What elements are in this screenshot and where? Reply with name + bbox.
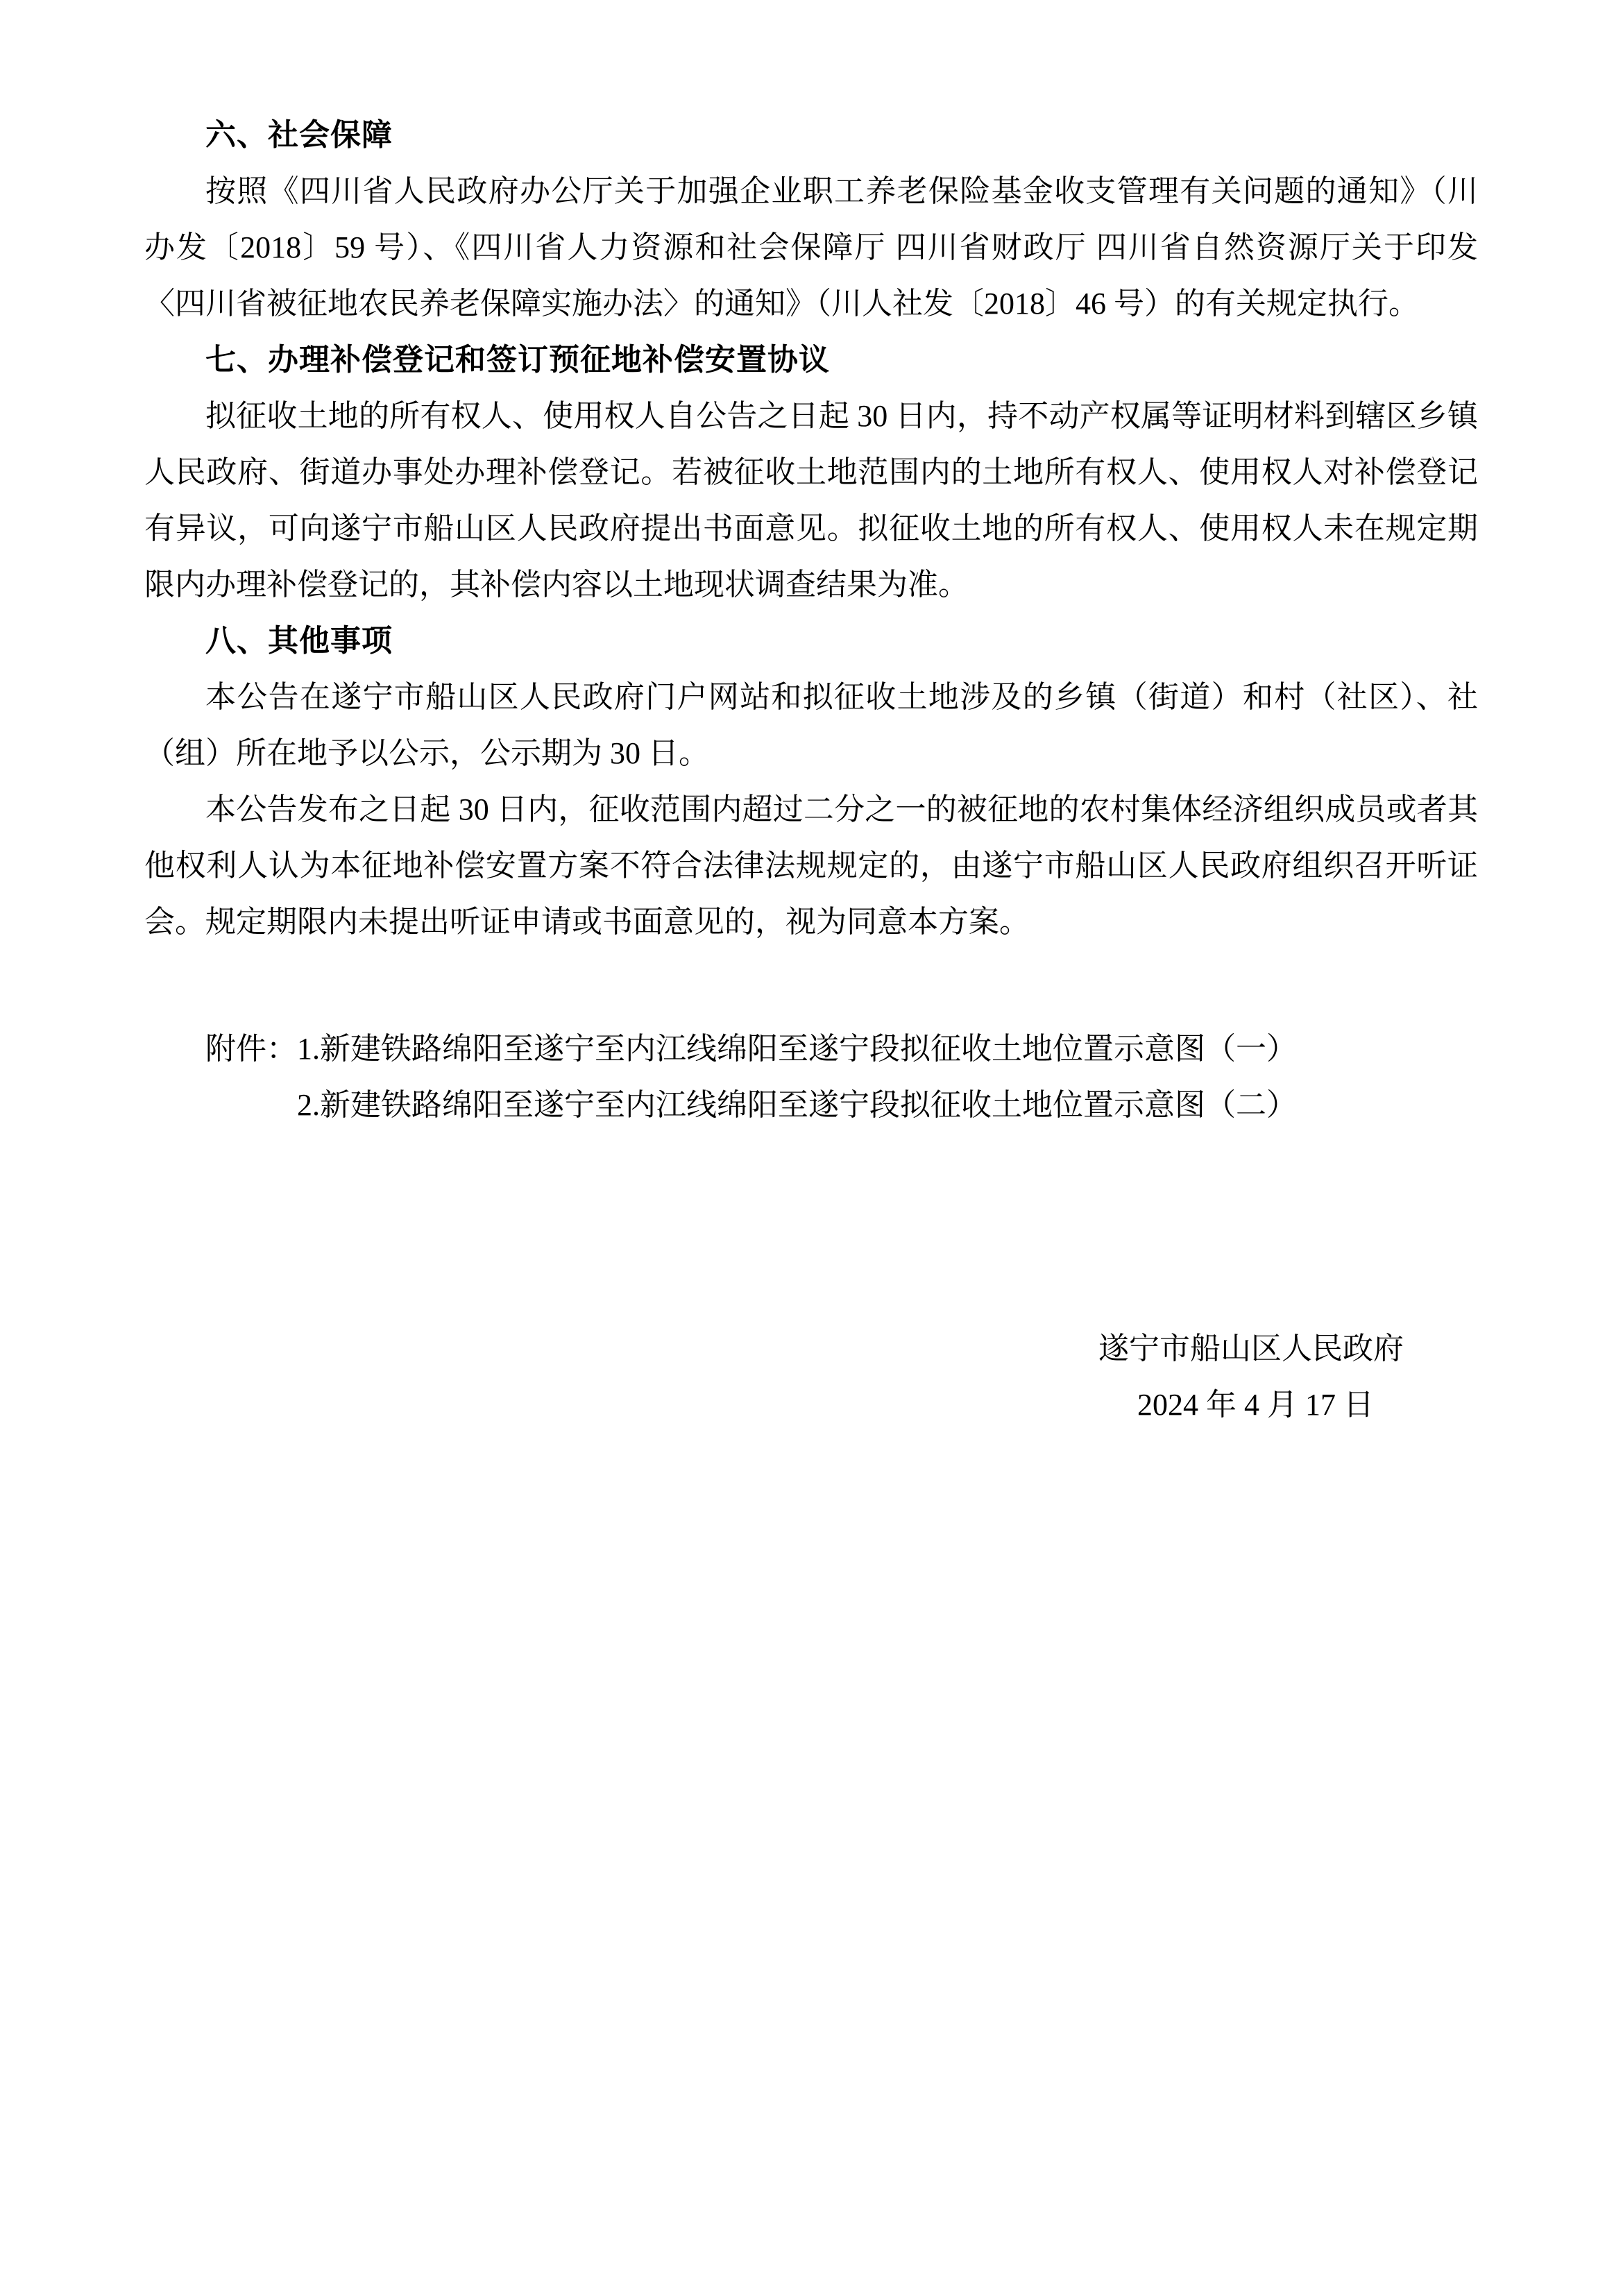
signature-block: 遂宁市船山区人民政府 2024 年 4 月 17 日 xyxy=(144,1320,1478,1433)
section-8-paragraph-1: 本公告在遂宁市船山区人民政府门户网站和拟征收土地涉及的乡镇（街道）和村（社区）、… xyxy=(144,669,1478,781)
attachment-line-2: 2.新建铁路绵阳至遂宁至内江线绵阳至遂宁段拟征收土地位置示意图（二） xyxy=(144,1077,1478,1133)
section-7-heading: 七、办理补偿登记和签订预征地补偿安置协议 xyxy=(144,332,1478,388)
paragraph-line: 有异议，可向遂宁市船山区人民政府提出书面意见。拟征收土地的所有权人、使用权人未在… xyxy=(144,500,1478,556)
document-content: 六、社会保障 按照《四川省人民政府办公厅关于加强企业职工养老保险基金收支管理有关… xyxy=(144,0,1478,1433)
attachment-line-1: 附件：1.新建铁路绵阳至遂宁至内江线绵阳至遂宁段拟征收土地位置示意图（一） xyxy=(144,1021,1478,1077)
paragraph-line: 限内办理补偿登记的，其补偿内容以土地现状调查结果为准。 xyxy=(144,556,1478,613)
document-page: 六、社会保障 按照《四川省人民政府办公厅关于加强企业职工养老保险基金收支管理有关… xyxy=(0,0,1623,2296)
paragraph-line: 本公告在遂宁市船山区人民政府门户网站和拟征收土地涉及的乡镇（街道）和村（社区）、… xyxy=(144,669,1478,725)
paragraph-line: 按照《四川省人民政府办公厅关于加强企业职工养老保险基金收支管理有关问题的通知》（… xyxy=(144,163,1478,219)
section-7-paragraph: 拟征收土地的所有权人、使用权人自公告之日起 30 日内，持不动产权属等证明材料到… xyxy=(144,388,1478,613)
paragraph-line: 办发〔2018〕59 号）、《四川省人力资源和社会保障厅 四川省财政厅 四川省自… xyxy=(144,219,1478,275)
attachment-item-1: 1.新建铁路绵阳至遂宁至内江线绵阳至遂宁段拟征收土地位置示意图（一） xyxy=(297,1032,1297,1066)
attachments-label: 附件： xyxy=(205,1032,297,1066)
section-8-paragraph-2: 本公告发布之日起 30 日内，征收范围内超过二分之一的被征地的农村集体经济组织成… xyxy=(144,781,1478,950)
signature-issuer: 遂宁市船山区人民政府 xyxy=(144,1320,1478,1377)
section-8-heading: 八、其他事项 xyxy=(144,613,1478,669)
attachments-block: 附件：1.新建铁路绵阳至遂宁至内江线绵阳至遂宁段拟征收土地位置示意图（一） 2.… xyxy=(144,1021,1478,1133)
section-6-heading: 六、社会保障 xyxy=(144,107,1478,163)
paragraph-line: （组）所在地予以公示，公示期为 30 日。 xyxy=(144,725,1478,781)
paragraph-line: 拟征收土地的所有权人、使用权人自公告之日起 30 日内，持不动产权属等证明材料到… xyxy=(144,388,1478,444)
paragraph-line: 〈四川省被征地农民养老保障实施办法〉的通知》（川人社发〔2018〕46 号）的有… xyxy=(144,275,1478,332)
paragraph-line: 会。规定期限内未提出听证申请或书面意见的，视为同意本方案。 xyxy=(144,894,1478,950)
signature-date: 2024 年 4 月 17 日 xyxy=(144,1377,1478,1433)
section-6-paragraph: 按照《四川省人民政府办公厅关于加强企业职工养老保险基金收支管理有关问题的通知》（… xyxy=(144,163,1478,332)
paragraph-line: 本公告发布之日起 30 日内，征收范围内超过二分之一的被征地的农村集体经济组织成… xyxy=(144,781,1478,837)
paragraph-line: 人民政府、街道办事处办理补偿登记。若被征收土地范围内的土地所有权人、使用权人对补… xyxy=(144,444,1478,500)
paragraph-line: 他权利人认为本征地补偿安置方案不符合法律法规规定的，由遂宁市船山区人民政府组织召… xyxy=(144,837,1478,894)
attachment-item-2: 2.新建铁路绵阳至遂宁至内江线绵阳至遂宁段拟征收土地位置示意图（二） xyxy=(297,1088,1297,1122)
